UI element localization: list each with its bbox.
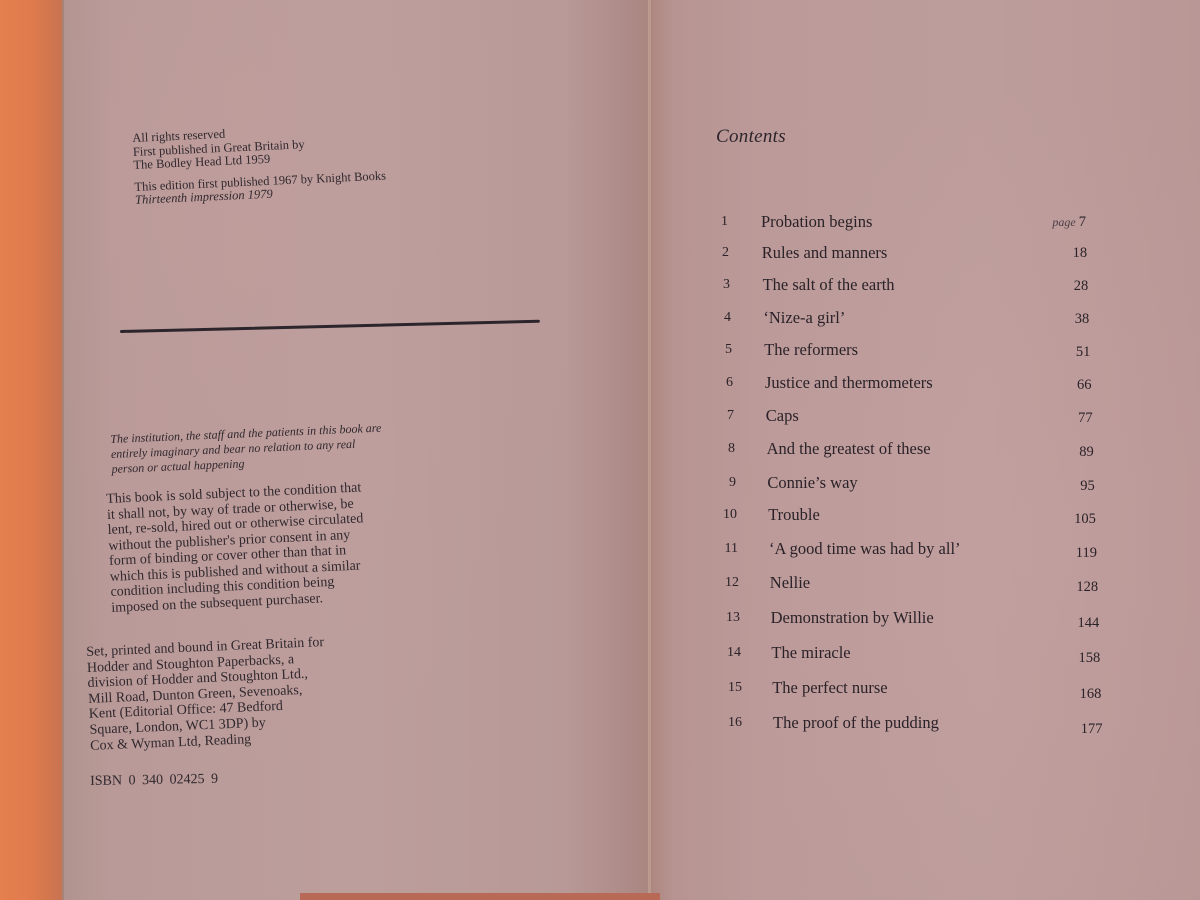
chapter-title: ‘A good time was had by all’ [769,539,961,559]
toc-entry: 9Connie’s way95 [700,473,1120,495]
chapter-title: Justice and thermometers [765,373,933,393]
page-number-value: 128 [1076,579,1098,595]
toc-entry: 13Demonstration by Willie144 [700,608,1120,630]
page-number-value: 177 [1081,721,1103,737]
page-label: page [1052,215,1075,229]
chapter-title: Trouble [768,505,820,525]
chapter-number: 5 [690,342,732,358]
toc-entry: 6Justice and thermometers66 [700,373,1120,395]
chapter-number: 13 [698,610,740,626]
toc-entry: 12Nellie128 [700,573,1120,595]
chapter-page-number: 177 [1013,721,1103,738]
page-number-value: 38 [1075,311,1090,327]
page-number-value: 18 [1073,245,1088,261]
cover-edge [300,893,660,900]
chapter-page-number: 77 [1003,410,1093,427]
chapter-title: The salt of the earth [763,275,895,295]
chapter-title: The reformers [764,340,858,360]
conditions-of-sale: This book is sold subject to the conditi… [106,480,367,615]
chapter-number: 16 [700,715,742,731]
page-number-value: 119 [1076,545,1097,561]
toc-entry: 4‘Nize-a girl’38 [700,308,1120,330]
chapter-title: Demonstration by Willie [771,608,934,628]
chapter-title: The proof of the pudding [773,713,939,733]
chapter-title: Caps [766,406,799,426]
chapter-page-number: 66 [1002,377,1092,394]
toc-entry: 2Rules and manners18 [700,243,1120,265]
page-number-value: 77 [1078,410,1093,426]
chapter-number: 6 [691,375,733,391]
chapter-page-number: 38 [999,311,1089,328]
book-gutter [648,0,651,900]
page-number-value: 66 [1077,377,1092,393]
page-number-value: 89 [1079,444,1094,460]
page-number-value: 158 [1079,650,1101,666]
chapter-page-number: 158 [1010,650,1100,667]
chapter-number: 11 [696,541,738,557]
chapter-page-number: 128 [1008,579,1098,596]
page-number-value: 144 [1077,615,1099,631]
chapter-number: 9 [694,475,736,491]
toc-entry: 15The perfect nurse168 [700,678,1120,700]
page-number-value: 168 [1080,686,1102,702]
printer-info: Set, printed and bound in Great Britain … [86,635,328,754]
chapter-title: Probation begins [761,212,872,232]
chapter-page-number: 95 [1005,478,1095,495]
chapter-number: 1 [686,214,728,230]
toc-entry: 16The proof of the pudding177 [700,713,1120,735]
page-number-value: 51 [1076,344,1091,360]
toc-entry: 14The miracle158 [700,643,1120,665]
contents-heading: Contents [716,126,786,148]
chapter-number: 2 [687,245,729,261]
page-number-value: 28 [1074,278,1089,294]
chapter-number: 12 [697,575,739,591]
chapter-title: Rules and manners [762,243,888,263]
chapter-number: 7 [692,408,734,424]
chapter-number: 4 [689,310,731,326]
chapter-title: ‘Nize-a girl’ [763,308,845,328]
chapter-number: 3 [688,277,730,293]
toc-entry: 7Caps77 [700,406,1120,428]
toc-entry: 8And the greatest of these89 [700,439,1120,461]
chapter-title: Connie’s way [767,473,857,493]
toc-entry: 10Trouble105 [700,505,1120,527]
book-spread: All rights reserved First published in G… [0,0,1200,900]
chapter-title: Nellie [770,573,810,593]
chapter-page-number: 105 [1006,511,1096,528]
chapter-page-number: 89 [1004,444,1094,461]
chapter-title: And the greatest of these [767,439,931,459]
toc-entry: 11‘A good time was had by all’119 [700,539,1120,561]
isbn: ISBN 0 340 02425 9 [90,772,218,789]
toc-entry: 3The salt of the earth28 [700,275,1120,297]
chapter-number: 8 [693,441,735,457]
chapter-page-number: 168 [1011,686,1101,703]
chapter-page-number: 51 [1000,344,1090,361]
chapter-page-number: 144 [1009,615,1099,632]
chapter-page-number: 119 [1007,545,1097,562]
page-number-value: 105 [1074,511,1096,527]
chapter-number: 14 [699,645,741,661]
chapter-number: 15 [700,680,742,696]
page-number-value: 7 [1079,214,1086,230]
toc-entry: 5The reformers51 [700,340,1120,362]
toc-entry: 1Probation beginspage7 [700,212,1120,234]
copyright-block: All rights reserved First published in G… [132,121,387,208]
chapter-number: 10 [695,507,737,523]
chapter-page-number: page7 [996,214,1086,231]
chapter-page-number: 28 [998,278,1088,295]
chapter-title: The perfect nurse [772,678,887,698]
page-number-value: 95 [1080,478,1095,494]
chapter-title: The miracle [771,643,850,663]
chapter-page-number: 18 [997,245,1087,262]
